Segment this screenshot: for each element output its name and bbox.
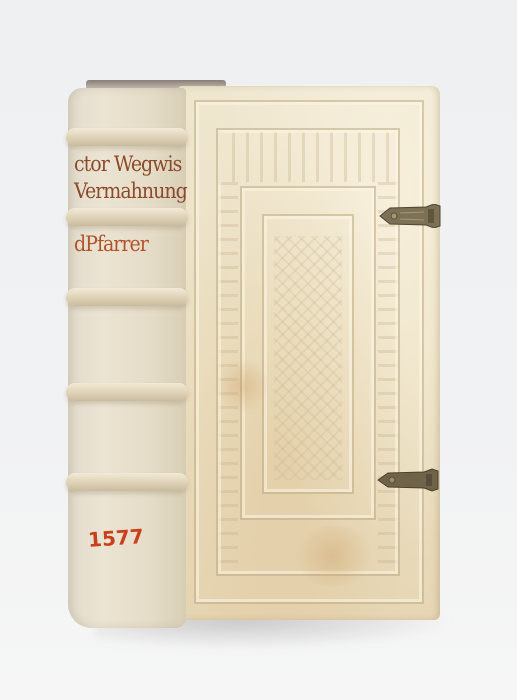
spine-title-line-3: dPfarrer bbox=[74, 231, 184, 256]
book-spine: ctor Wegwis Vermahnung dPfarrer 1577 bbox=[68, 88, 186, 628]
raised-band bbox=[66, 383, 188, 401]
stain bbox=[218, 356, 268, 416]
cover-center-panel bbox=[274, 236, 342, 480]
raised-band bbox=[66, 288, 188, 306]
upper-clasp-icon bbox=[378, 204, 440, 224]
raised-band bbox=[66, 128, 188, 146]
spine-title-line-1: ctor Wegwis bbox=[74, 151, 184, 176]
photo-scene: ctor Wegwis Vermahnung dPfarrer 1577 bbox=[0, 0, 517, 700]
raised-band bbox=[66, 208, 188, 226]
stain bbox=[288, 526, 378, 586]
spine-title-line-2: Vermahnung bbox=[74, 178, 184, 203]
front-cover bbox=[178, 86, 440, 620]
lower-clasp-icon bbox=[376, 468, 438, 488]
raised-band bbox=[66, 473, 188, 491]
shelfmark-label: 1577 bbox=[87, 524, 144, 552]
